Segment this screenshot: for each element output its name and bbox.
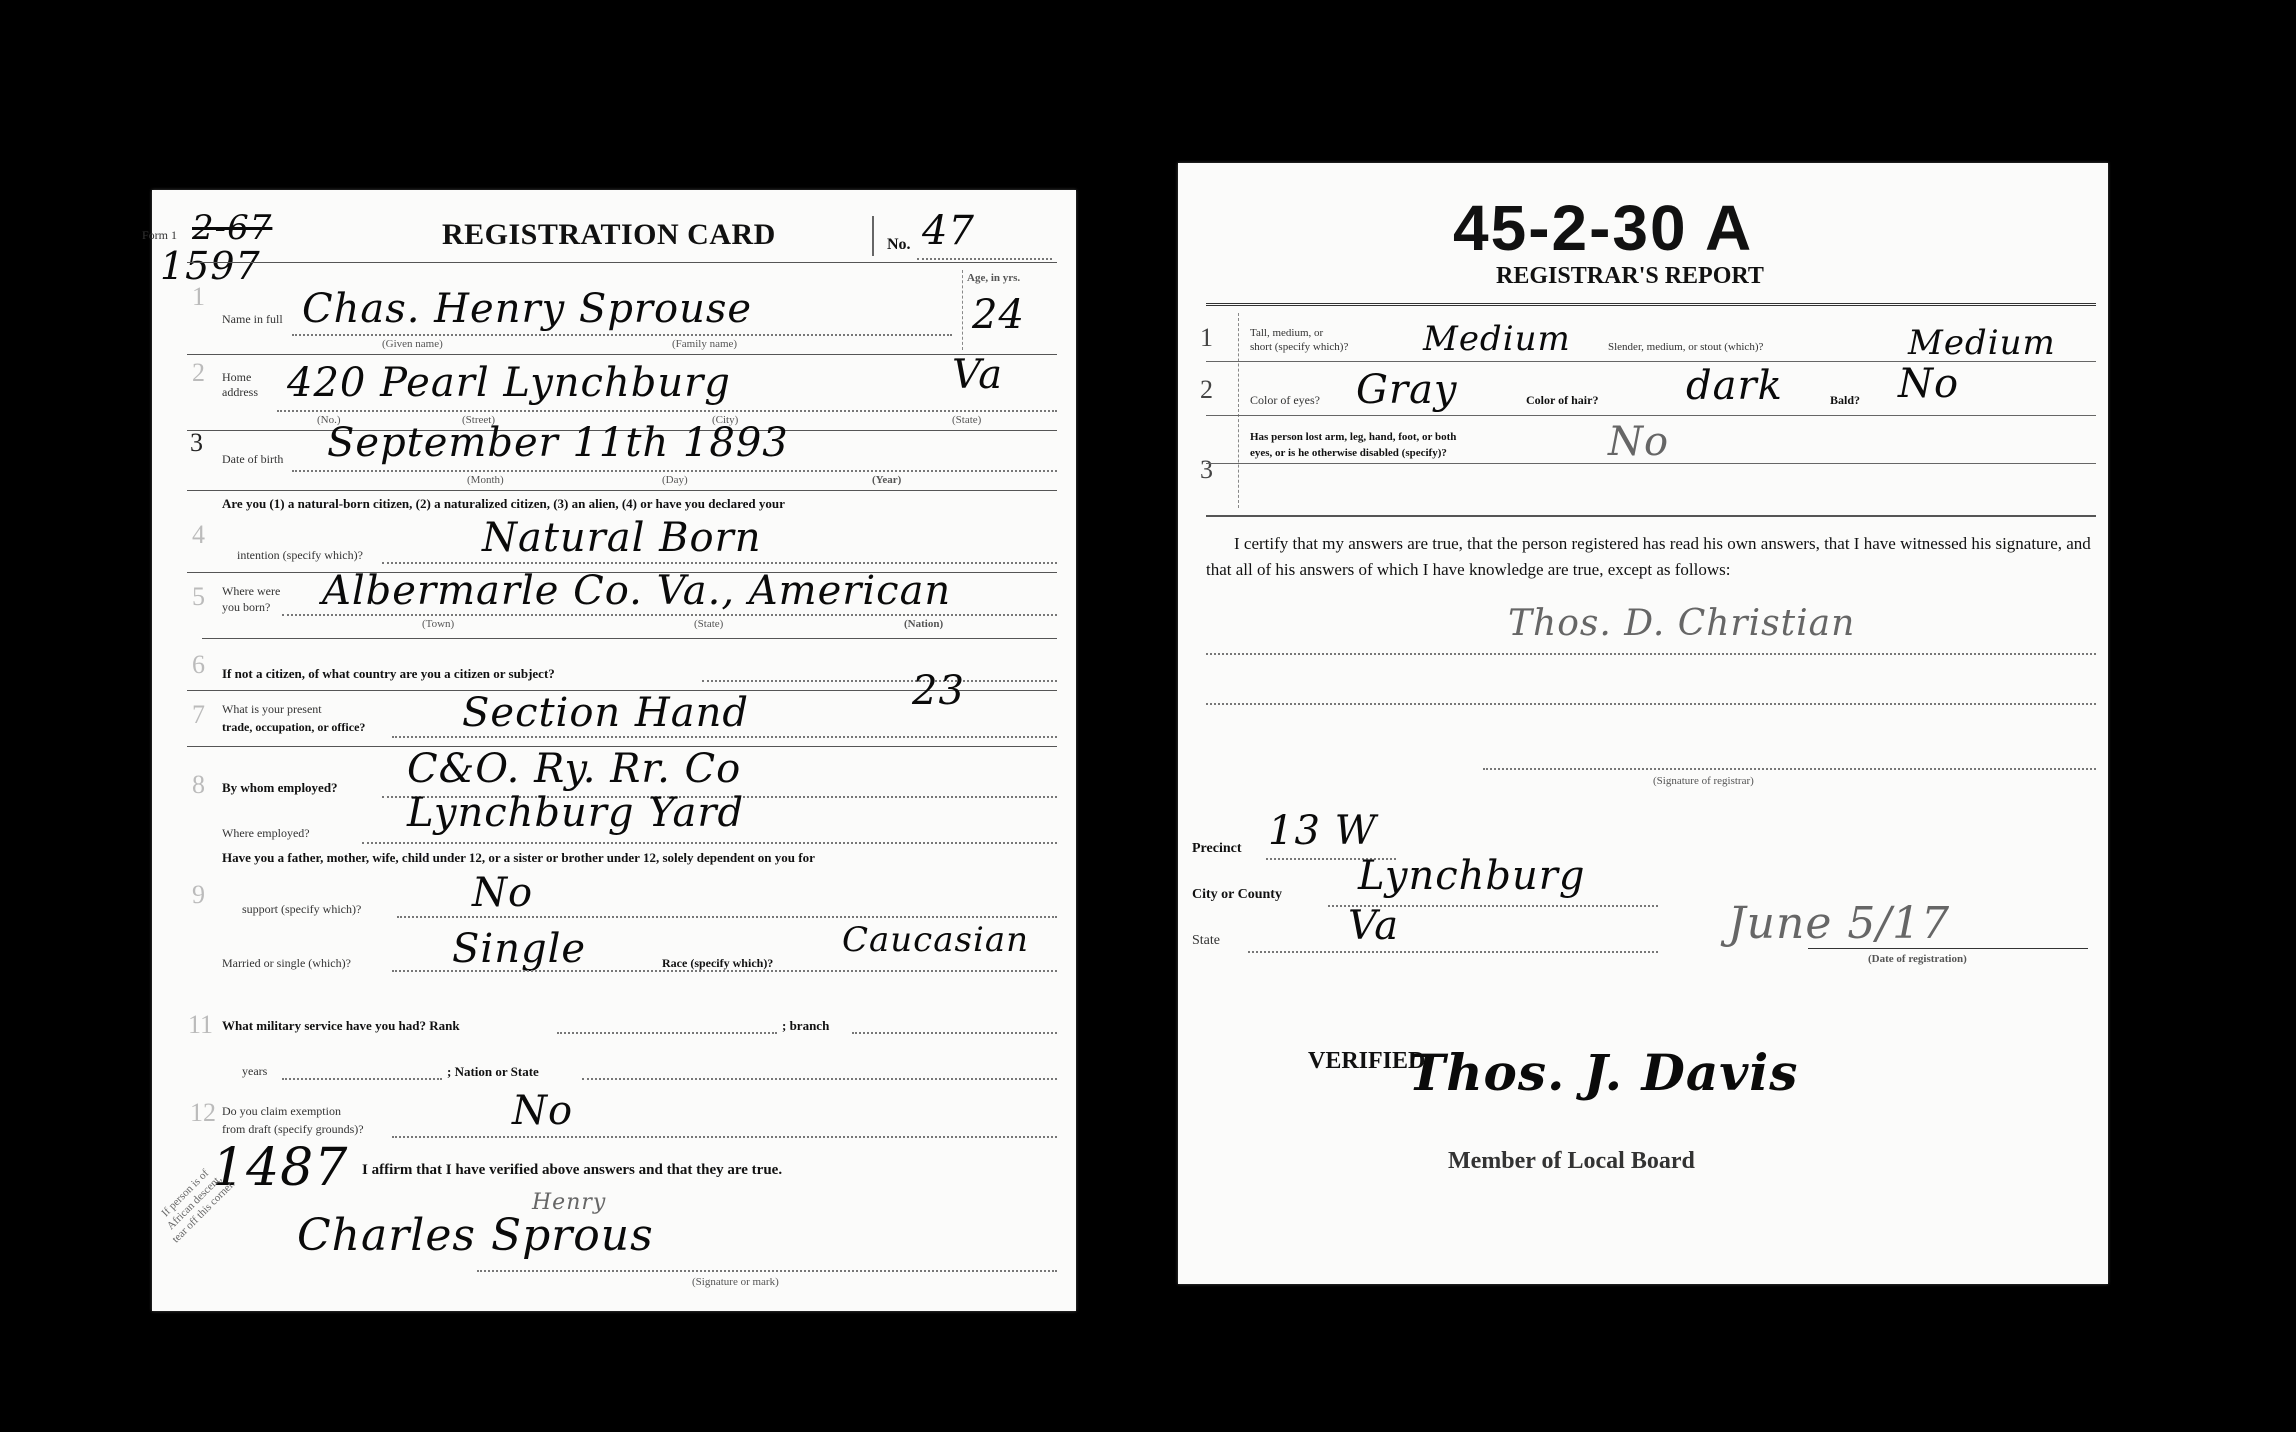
precinct-label: Precinct <box>1192 841 1242 857</box>
city-label: City or County <box>1192 887 1282 903</box>
address-state: Va <box>952 352 1003 398</box>
form-number-label: Form 1 <box>142 228 177 243</box>
registration-card: Form 1 2-67 1597 REGISTRATION CARD No. 4… <box>152 190 1076 1311</box>
occupation-value: Section Hand <box>462 690 749 736</box>
employer-label: By whom employed? <box>222 780 338 796</box>
citizenship-label: Are you (1) a natural-born citizen, (2) … <box>222 496 785 512</box>
board-label: Member of Local Board <box>1448 1148 1695 1175</box>
serial-number: 1597 <box>160 244 261 288</box>
height-value: Medium <box>1423 319 1571 359</box>
name-value: Chas. Henry Sprouse <box>302 286 752 332</box>
marital-label: Married or single (which)? <box>222 956 351 971</box>
no-label: No. <box>887 236 911 254</box>
citizenship-value: Natural Born <box>482 515 762 561</box>
disability-value: No <box>1608 419 1669 465</box>
certification-note: Thos. D. Christian <box>1508 603 1855 644</box>
state-label: State <box>1192 933 1220 949</box>
report-title: REGISTRAR'S REPORT <box>1496 263 1764 290</box>
bald-value: No <box>1898 361 1959 407</box>
birthplace-value: Albermarle Co. Va., American <box>322 568 951 614</box>
dob-value: September 11th 1893 <box>327 420 789 466</box>
verifier-signature: Thos. J. Davis <box>1408 1043 1798 1102</box>
eye-color-value: Gray <box>1356 367 1458 413</box>
foreign-citizen-label: If not a citizen, of what country are yo… <box>222 666 555 682</box>
age-value: 24 <box>972 292 1025 338</box>
name-label: Name in full <box>222 312 283 327</box>
divider <box>872 216 874 256</box>
occupation-extra: 23 <box>912 668 965 714</box>
dependents-value: No <box>472 870 533 916</box>
affirmation-text: I affirm that I have verified above answ… <box>362 1162 782 1179</box>
race-value: Caucasian <box>842 920 1029 960</box>
hair-color-value: dark <box>1686 363 1783 409</box>
registrant-signature: Charles Sprous <box>297 1210 654 1261</box>
dependents-label: Have you a father, mother, wife, child u… <box>222 850 815 866</box>
address-label: Home address <box>222 370 272 400</box>
build-value: Medium <box>1908 323 2056 363</box>
age-label: Age, in yrs. <box>967 272 1020 284</box>
dob-label: Date of birth <box>222 452 283 467</box>
employer-value: C&O. Ry. Rr. Co <box>407 746 741 792</box>
address-value: 420 Pearl Lynchburg <box>287 360 731 406</box>
card-title: REGISTRATION CARD <box>442 218 776 252</box>
exemption-value: No <box>512 1088 573 1134</box>
certification-text: I certify that my answers are true, that… <box>1206 531 2096 583</box>
struck-serial: 2-67 <box>192 208 272 248</box>
city-value: Lynchburg <box>1358 853 1585 899</box>
registration-date: June 5/17 <box>1728 898 1950 949</box>
military-label: What military service have you had? Rank <box>222 1018 460 1034</box>
registrars-report-card: 45-2-30 A REGISTRAR'S REPORT 1 Tall, med… <box>1178 163 2108 1284</box>
employment-place-label: Where employed? <box>222 826 310 841</box>
employment-place-value: Lynchburg Yard <box>407 790 744 836</box>
card-code: 45-2-30 A <box>1453 191 1753 265</box>
precinct-value: 13 W <box>1268 808 1377 854</box>
marital-value: Single <box>452 926 586 972</box>
card-number: 47 <box>922 208 975 254</box>
race-label: Race (specify which)? <box>662 956 773 971</box>
state-value: Va <box>1348 903 1399 949</box>
